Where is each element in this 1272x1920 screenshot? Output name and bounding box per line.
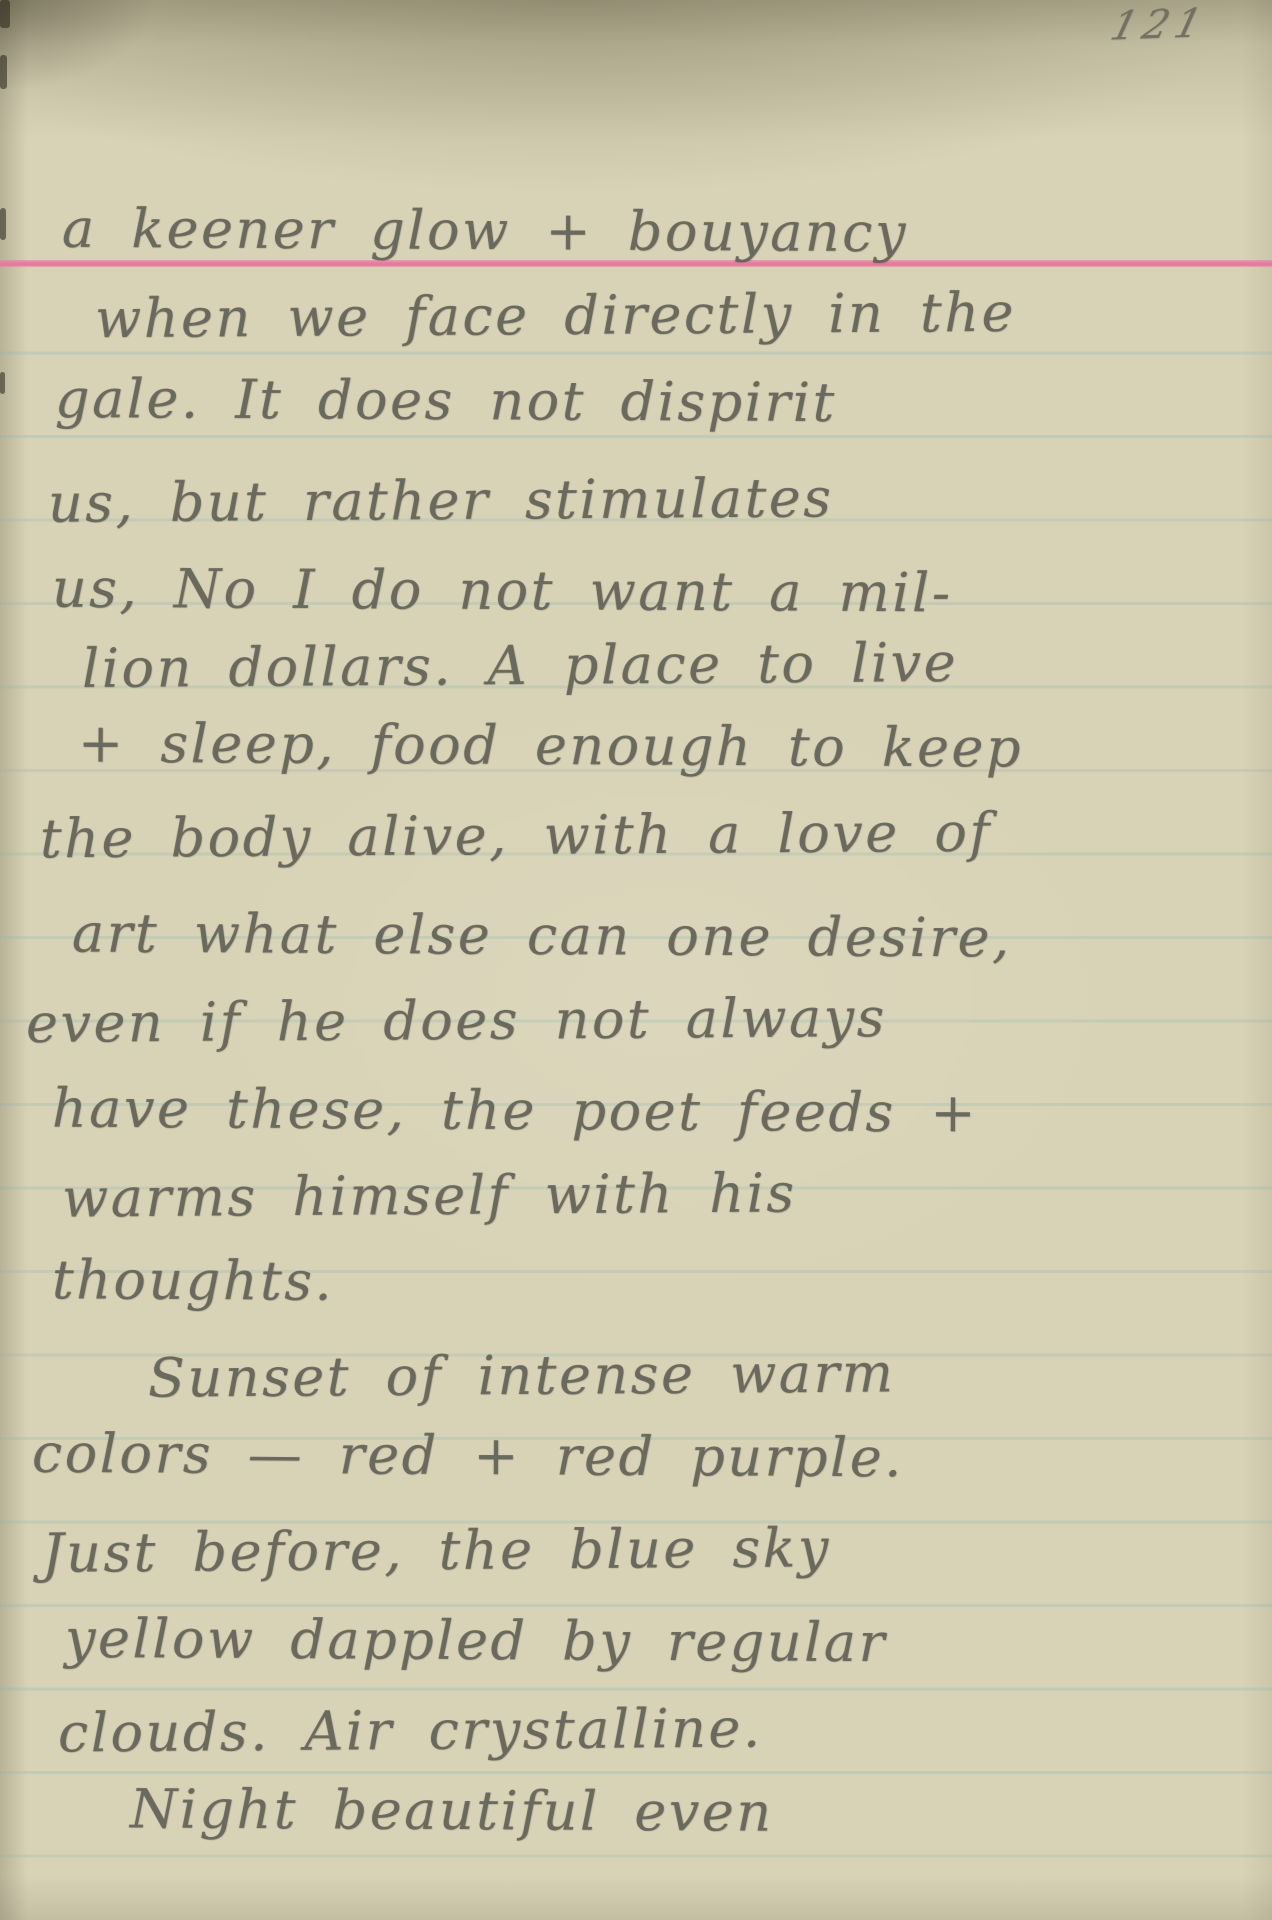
handwritten-line: warms himself with his [62,1147,797,1242]
paper-edge-mark [0,372,5,394]
page-number: 121 [1106,0,1213,49]
handwritten-line: even if he does not always [26,972,887,1068]
handwritten-line: gale. It does not dispirit [55,353,837,447]
handwritten-line: Just before, the blue sky [42,1502,832,1598]
handwritten-line: Night beautiful even [130,1763,774,1856]
handwritten-line: the body alive, with a love of [40,787,992,884]
handwritten-line: yellow dappled by regular [65,1593,887,1687]
handwritten-line: colors — red + red purple. [32,1408,904,1503]
paper-edge-mark [0,0,10,28]
paper-edge-mark [0,208,6,240]
handwritten-line: + sleep, food enough to keep [78,698,1024,793]
journal-page: 121 a keener glow + bouyancy when we fac… [0,0,1272,1920]
handwritten-line: have these, the poet feeds + [52,1063,979,1158]
paper-edge-mark [0,55,7,89]
handwritten-line: art what else can one desire, [72,888,1012,983]
handwritten-line: when we face directly in the [95,267,1017,363]
handwritten-line: a keener glow + bouyancy [62,183,908,277]
handwritten-line: thoughts. [52,1234,335,1325]
handwritten-line: us, but rather stimulates [48,452,834,547]
